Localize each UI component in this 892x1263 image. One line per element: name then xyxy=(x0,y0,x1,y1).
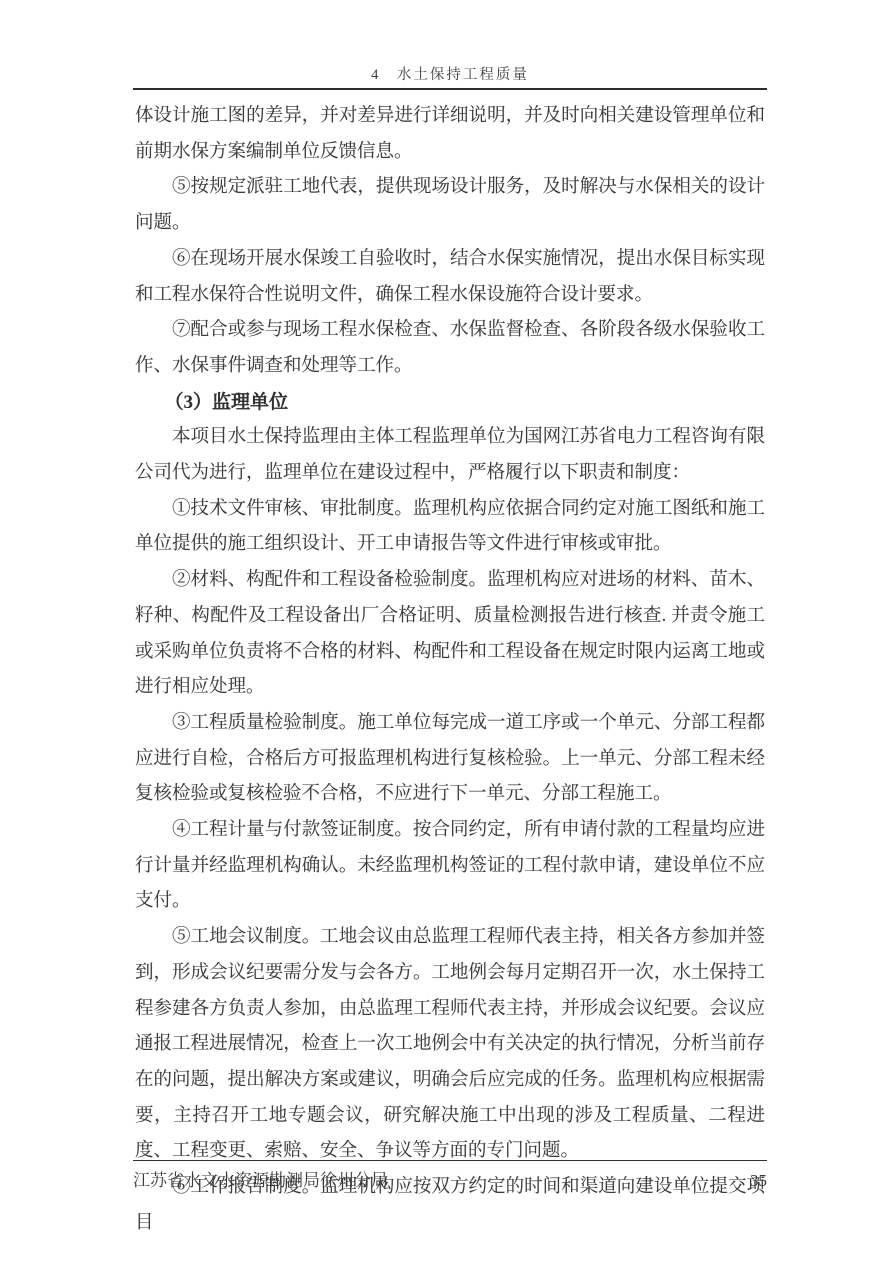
page-number: 35 xyxy=(750,1171,767,1191)
paragraph-item-3-quality: ③工程质量检验制度。施工单位每完成一道工序或一个单元、分部工程都应进行自检，合格… xyxy=(135,706,765,813)
running-head-title: 4 水土保持工程质量 xyxy=(133,63,767,84)
paragraph-item-6-design: ⑥在现场开展水保竣工自验收时，结合水保实施情况，提出水保目标实现和工程水保符合性… xyxy=(135,242,765,313)
paragraph-supervision-intro: 本项目水土保持监理由主体工程监理单位为国网江苏省电力工程咨询有限公司代为进行，监… xyxy=(135,420,765,491)
paragraph-item-7-design: ⑦配合或参与现场工程水保检查、水保监督检查、各阶段各级水保验收工作、水保事件调查… xyxy=(135,313,765,384)
paragraph-item-5-design: ⑤按规定派驻工地代表，提供现场设计服务，及时解决与水保相关的设计问题。 xyxy=(135,170,765,241)
document-body: 体设计施工图的差异，并对差异进行详细说明，并及时向相关建设管理单位和前期水保方案… xyxy=(135,99,765,1242)
page-footer: 江苏省水文水资源勘测局徐州分局 35 xyxy=(133,1160,767,1191)
paragraph-continuation: 体设计施工图的差异，并对差异进行详细说明，并及时向相关建设管理单位和前期水保方案… xyxy=(135,99,765,170)
paragraph-item-4-payment: ④工程计量与付款签证制度。按合同约定，所有申请付款的工程量均应进行计量并经监理机… xyxy=(135,813,765,920)
section-heading-supervision-unit: （3）监理单位 xyxy=(135,385,765,421)
footer-organization: 江苏省水文水资源勘测局徐州分局 xyxy=(133,1166,388,1191)
page-header: 4 水土保持工程质量 xyxy=(133,63,767,90)
paragraph-item-2-materials: ②材料、构配件和工程设备检验制度。监理机构应对进场的材料、苗木、籽种、构配件及工… xyxy=(135,563,765,706)
paragraph-item-1-review: ①技术文件审核、审批制度。监理机构应依据合同约定对施工图纸和施工单位提供的施工组… xyxy=(135,492,765,563)
paragraph-item-5-meetings: ⑤工地会议制度。工地会议由总监理工程师代表主持，相关各方参加并签到，形成会议纪要… xyxy=(135,920,765,1170)
header-rule xyxy=(133,88,767,90)
document-page: 4 水土保持工程质量 体设计施工图的差异，并对差异进行详细说明，并及时向相关建设… xyxy=(0,0,892,1263)
